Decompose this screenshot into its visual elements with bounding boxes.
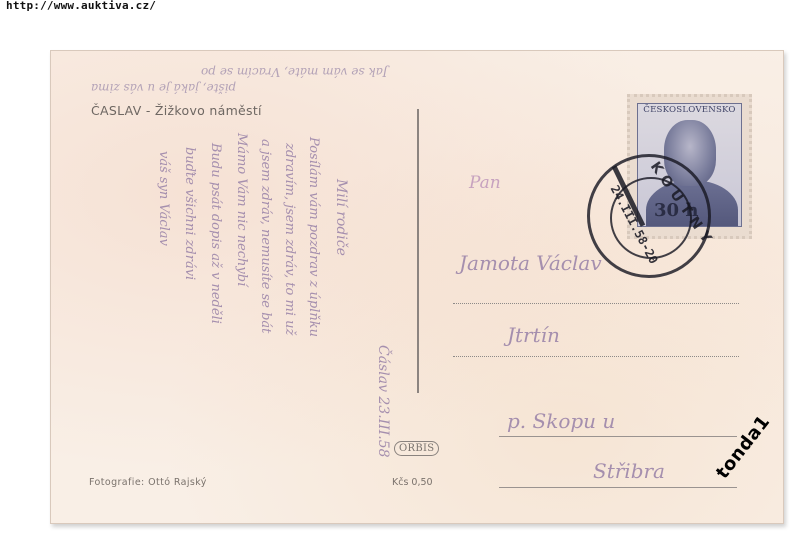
postcard-price: Kčs 0,50 — [392, 477, 433, 488]
postcard-caption: ČASLAV - Žižkovo náměstí — [91, 103, 262, 118]
handwritten-top-note-1: Jak se vám máte, Vracím se po — [201, 65, 388, 79]
address-line-1 — [453, 303, 739, 304]
handwritten-line-3: a jsem zdráv, nemusíte se bát — [258, 139, 273, 333]
postcard-divider — [417, 109, 419, 393]
address-line-3 — [499, 436, 737, 437]
address-salutation: Pan — [469, 173, 501, 193]
handwritten-line-6: buďte všichni zdrávi — [182, 147, 197, 280]
address-name: Jamota Václav — [459, 251, 602, 275]
postcard: Jak se vám máte, Vracím se po pište, jak… — [50, 50, 784, 524]
address-line3-text: p. Skopu u — [507, 409, 615, 433]
handwritten-place-date: Čáslav 23.III.58 — [375, 345, 391, 458]
address-line-4 — [499, 487, 737, 488]
handwritten-greeting: Milí rodiče — [333, 179, 349, 256]
photo-credit: Fotografie: Ottó Rajský — [89, 477, 207, 488]
handwritten-line-2: zdravím, jsem zdráv, to mi už — [282, 143, 297, 335]
handwritten-line-5: Budu psát dopis až v neděli — [208, 143, 223, 324]
stamp-country: ČESKOSLOVENSKO — [638, 105, 741, 115]
postmark: 24.III.58-20 KOUTNY — [587, 154, 711, 278]
publisher-logo: ORBIS — [394, 441, 439, 456]
watermark-url: http://www.auktiva.cz/ — [6, 0, 156, 12]
address-town: Jtrtín — [507, 323, 560, 347]
handwritten-line-1: Posílám vám pozdrav z úplňku — [306, 137, 321, 337]
handwritten-line-7: váš syn Václav — [156, 151, 171, 246]
handwritten-top-note-2: pište, jaká je u vás zima — [91, 81, 236, 95]
address-line4-text: Střibra — [593, 459, 665, 483]
address-line-2 — [453, 356, 739, 357]
handwritten-line-4: Mámo Vám nic nechybí — [234, 133, 249, 286]
